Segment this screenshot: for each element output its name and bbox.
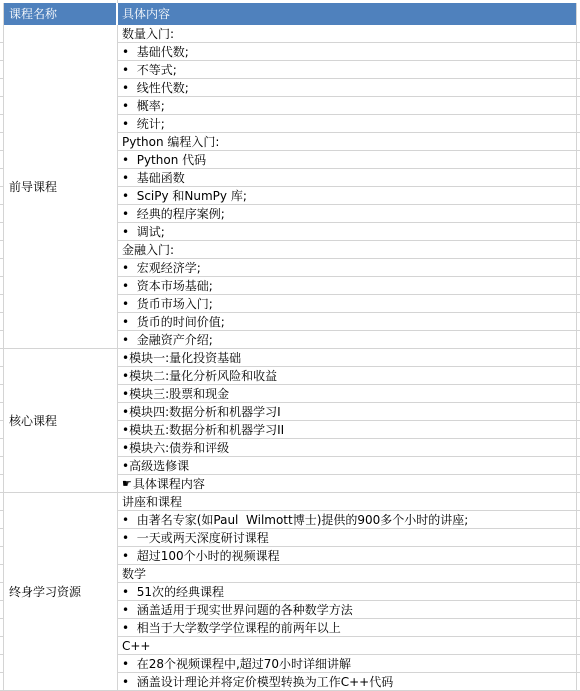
- table-row: • 统计;: [118, 115, 576, 133]
- spreadsheet-crop: 课程名称 具体内容 前导课程 数量入门: • 基础代数; • 不等式; • 线性…: [0, 0, 580, 691]
- table-row: • 基础函数: [118, 169, 576, 187]
- section-core-courses: 核心课程 •模块一:量化投资基础 •模块二:量化分析风险和收益 •模块三:股票和…: [4, 349, 576, 493]
- table-row: • 基础代数;: [118, 43, 576, 61]
- row-text: • 货币的时间价值;: [122, 313, 225, 330]
- row-text: • 宏观经济学;: [122, 259, 201, 276]
- row-text: 具体课程内容: [133, 475, 205, 492]
- table-row: •模块五:数据分析和机器学习II: [118, 421, 576, 439]
- row-text: •模块五:数据分析和机器学习II: [122, 421, 284, 438]
- course-table: 课程名称 具体内容 前导课程 数量入门: • 基础代数; • 不等式; • 线性…: [3, 3, 577, 691]
- table-row: •模块三:股票和现金: [118, 385, 576, 403]
- table-row: • 货币市场入门;: [118, 295, 576, 313]
- row-text: 数量入门:: [122, 25, 174, 42]
- section-label: 前导课程: [4, 25, 118, 349]
- section-rows: 数量入门: • 基础代数; • 不等式; • 线性代数; • 概率; • 统计;…: [118, 25, 576, 349]
- row-text: • 金融资产介绍;: [122, 331, 213, 348]
- table-row: • 金融资产介绍;: [118, 331, 576, 349]
- table-row: •高级选修课: [118, 457, 576, 475]
- row-text: • 资本市场基础;: [122, 277, 213, 294]
- table-row: • SciPy 和NumPy 库;: [118, 187, 576, 205]
- header-content: 具体内容: [118, 3, 576, 25]
- row-text: 数学: [122, 565, 146, 582]
- table-row: •模块一:量化投资基础: [118, 349, 576, 367]
- table-row: • 资本市场基础;: [118, 277, 576, 295]
- section-rows: 讲座和课程 • 由著名专家(如Paul Wilmott博士)提供的900多个小时…: [118, 493, 576, 691]
- row-text: • 由著名专家(如Paul Wilmott博士)提供的900多个小时的讲座;: [122, 511, 468, 528]
- row-text: • 超过100个小时的视频课程: [122, 547, 280, 564]
- row-text: • 基础函数: [122, 169, 185, 186]
- pointing-hand-icon: ☛: [122, 478, 132, 489]
- table-row: •模块四:数据分析和机器学习I: [118, 403, 576, 421]
- row-text: • 调试;: [122, 223, 165, 240]
- row-text: •模块一:量化投资基础: [122, 349, 241, 366]
- table-row: • 涵盖适用于现实世界问题的各种数学方法: [118, 601, 576, 619]
- table-row: • 由著名专家(如Paul Wilmott博士)提供的900多个小时的讲座;: [118, 511, 576, 529]
- section-preliminary-courses: 前导课程 数量入门: • 基础代数; • 不等式; • 线性代数; • 概率; …: [4, 25, 576, 349]
- row-text: Python 编程入门:: [122, 133, 219, 150]
- row-text: • 货币市场入门;: [122, 295, 213, 312]
- table-row: • 相当于大学数学学位课程的前两年以上: [118, 619, 576, 637]
- row-text: • 一天或两天深度研讨课程: [122, 529, 269, 546]
- table-row: 金融入门:: [118, 241, 576, 259]
- row-text: • Python 代码: [122, 151, 206, 168]
- row-text: •模块二:量化分析风险和收益: [122, 367, 277, 384]
- row-text: 讲座和课程: [122, 493, 182, 510]
- row-text: • 51次的经典课程: [122, 583, 224, 600]
- table-row: • 经典的程序案例;: [118, 205, 576, 223]
- row-text: •模块三:股票和现金: [122, 385, 229, 402]
- header-course-name: 课程名称: [4, 3, 118, 25]
- table-row: •模块六:债券和评级: [118, 439, 576, 457]
- table-row: • 宏观经济学;: [118, 259, 576, 277]
- row-text: 金融入门:: [122, 241, 174, 258]
- row-text: • 不等式;: [122, 61, 177, 78]
- table-row: • 51次的经典课程: [118, 583, 576, 601]
- row-text: •高级选修课: [122, 457, 189, 474]
- table-row: • 在28个视频课程中,超过70小时详细讲解: [118, 655, 576, 673]
- table-row: C++: [118, 637, 576, 655]
- section-label: 终身学习资源: [4, 493, 118, 691]
- table-row: •模块二:量化分析风险和收益: [118, 367, 576, 385]
- row-text: • 统计;: [122, 115, 165, 132]
- table-row: 数量入门:: [118, 25, 576, 43]
- table-row: • 调试;: [118, 223, 576, 241]
- section-lifelong-learning: 终身学习资源 讲座和课程 • 由著名专家(如Paul Wilmott博士)提供的…: [4, 493, 576, 691]
- table-row: • 一天或两天深度研讨课程: [118, 529, 576, 547]
- course-content-link-row[interactable]: ☛具体课程内容: [118, 475, 576, 493]
- row-text: • 相当于大学数学学位课程的前两年以上: [122, 619, 341, 636]
- row-text: • 在28个视频课程中,超过70小时详细讲解: [122, 655, 351, 672]
- row-text: C++: [122, 639, 151, 653]
- row-text: • 概率;: [122, 97, 165, 114]
- row-text: • 线性代数;: [122, 79, 189, 96]
- table-row: • 货币的时间价值;: [118, 313, 576, 331]
- table-row: • 涵盖设计理论并将定价模型转换为工作C++代码: [118, 673, 576, 691]
- table-header: 课程名称 具体内容: [4, 3, 576, 25]
- table-row: • 线性代数;: [118, 79, 576, 97]
- table-row: • Python 代码: [118, 151, 576, 169]
- table-row: 讲座和课程: [118, 493, 576, 511]
- table-row: • 不等式;: [118, 61, 576, 79]
- table-row: • 超过100个小时的视频课程: [118, 547, 576, 565]
- table-row: Python 编程入门:: [118, 133, 576, 151]
- row-text: • 基础代数;: [122, 43, 189, 60]
- row-text: • 涵盖适用于现实世界问题的各种数学方法: [122, 601, 353, 618]
- row-text: •模块四:数据分析和机器学习I: [122, 403, 281, 420]
- row-text: • SciPy 和NumPy 库;: [122, 187, 247, 204]
- row-text: •模块六:债券和评级: [122, 439, 229, 456]
- row-text: • 涵盖设计理论并将定价模型转换为工作C++代码: [122, 673, 393, 690]
- section-label: 核心课程: [4, 349, 118, 493]
- row-text: • 经典的程序案例;: [122, 205, 225, 222]
- section-rows: •模块一:量化投资基础 •模块二:量化分析风险和收益 •模块三:股票和现金 •模…: [118, 349, 576, 493]
- table-row: • 概率;: [118, 97, 576, 115]
- table-row: 数学: [118, 565, 576, 583]
